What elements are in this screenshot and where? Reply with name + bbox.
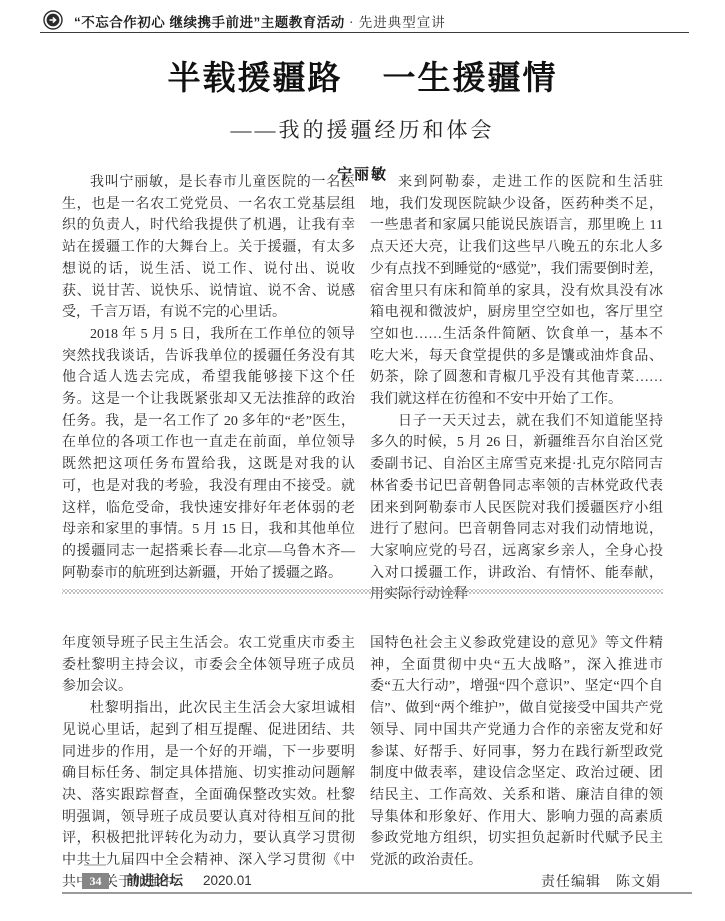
page-footer: 34 前进论坛 2020.01 bbox=[62, 872, 692, 894]
bottom-left-column: 年度领导班子民主生活会。农工党重庆市委主委杜黎明主持会议，市委会全体领导班子成员… bbox=[62, 633, 355, 893]
header-title-kai: 先进典型宣讲 bbox=[359, 15, 446, 30]
paragraph: 2018 年 5 月 5 日，我所在工作单位的领导突然找我谈话，告诉我单位的援疆… bbox=[62, 324, 355, 584]
article-title-part1: 半载援疆路 bbox=[168, 59, 343, 96]
magazine-page: “不忘合作初心 继续携手前进”主题教育活动 · 先进典型宣讲 半载援疆路一生援疆… bbox=[0, 0, 725, 921]
paragraph: 国特色社会主义参政党建设的意见》等文件精神，全面贯彻中央“五大战略”，深入推进市… bbox=[370, 633, 663, 872]
article-title-part2: 一生援疆情 bbox=[383, 59, 558, 96]
header-separator: · bbox=[349, 15, 355, 30]
journal-name: 前进论坛 bbox=[126, 872, 184, 890]
article-title: 半载援疆路一生援疆情 bbox=[0, 52, 725, 99]
page-header: “不忘合作初心 继续携手前进”主题教育活动 · 先进典型宣讲 bbox=[40, 9, 689, 33]
page-number-badge: 34 bbox=[82, 873, 109, 889]
title-block: 半载援疆路一生援疆情 ——我的援疆经历和体会 宁丽敏 bbox=[0, 52, 725, 184]
bottom-right-column: 国特色社会主义参政党建设的意见》等文件精神，全面贯彻中央“五大战略”，深入推进市… bbox=[370, 633, 663, 893]
header-title-bold: “不忘合作初心 继续携手前进”主题教育活动 bbox=[74, 15, 345, 30]
section-divider bbox=[62, 589, 663, 594]
circle-arrow-right-icon bbox=[43, 10, 63, 30]
footer-dash bbox=[84, 864, 106, 866]
paragraph: 日子一天天过去，就在我们不知道能坚持多久的时候，5 月 26 日，新疆维吾尔自治… bbox=[370, 411, 663, 606]
top-left-column: 我叫宁丽敏，是长春市儿童医院的一名医生，也是一名农工党党员、一名农工党基层组织的… bbox=[62, 172, 355, 606]
paragraph: 年度领导班子民主生活会。农工党重庆市委主委杜黎明主持会议，市委会全体领导班子成员… bbox=[62, 633, 355, 698]
journal-issue: 2020.01 bbox=[203, 872, 252, 890]
article-subtitle: ——我的援疆经历和体会 bbox=[0, 114, 725, 144]
paragraph: 来到阿勒泰，走进工作的医院和生活驻地，我们发现医院缺少设备，医药种类不足，一些患… bbox=[370, 172, 663, 411]
top-right-column: 来到阿勒泰，走进工作的医院和生活驻地，我们发现医院缺少设备，医药种类不足，一些患… bbox=[370, 172, 663, 606]
paragraph: 我叫宁丽敏，是长春市儿童医院的一名医生，也是一名农工党党员、一名农工党基层组织的… bbox=[62, 172, 355, 324]
header-theme-title: “不忘合作初心 继续携手前进”主题教育活动 · 先进典型宣讲 bbox=[74, 11, 446, 31]
bottom-article-columns: 年度领导班子民主生活会。农工党重庆市委主委杜黎明主持会议，市委会全体领导班子成员… bbox=[62, 633, 663, 893]
top-article-columns: 我叫宁丽敏，是长春市儿童医院的一名医生，也是一名农工党党员、一名农工党基层组织的… bbox=[62, 172, 663, 606]
